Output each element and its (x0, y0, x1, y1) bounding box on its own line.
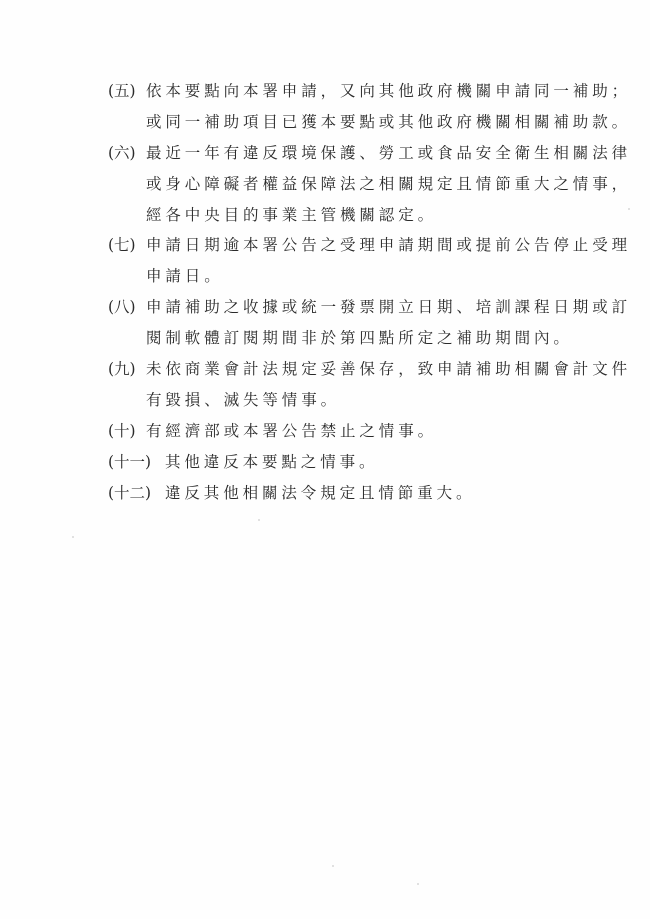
item-marker: (六) (108, 138, 146, 169)
document-page: (五)依本要點向本署申請，又向其他政府機關申請同一補助； 或同一補助項目已獲本要… (0, 0, 650, 919)
item-text: 依本要點向本署申請，又向其他政府機關申請同一補助； (146, 82, 631, 100)
item-marker: (十二) (108, 478, 165, 509)
list-item-5: (五)依本要點向本署申請，又向其他政府機關申請同一補助； 或同一補助項目已獲本要… (108, 76, 588, 138)
item-text: 或身心障礙者權益保障法之相關規定且情節重大之情事， (108, 169, 588, 200)
item-text: 有經濟部或本署公告禁止之情事。 (146, 422, 437, 440)
item-list: (五)依本要點向本署申請，又向其他政府機關申請同一補助； 或同一補助項目已獲本要… (108, 76, 588, 508)
item-text: 有毀損、滅失等情事。 (108, 385, 588, 416)
item-text: 違反其他相關法令規定且情節重大。 (165, 484, 475, 502)
item-marker: (十) (108, 416, 146, 447)
item-text: 其他違反本要點之情事。 (165, 453, 378, 471)
list-item-12: (十二)違反其他相關法令規定且情節重大。 (108, 478, 588, 509)
item-text: 經各中央目的事業主管機關認定。 (108, 200, 588, 231)
item-marker: (九) (108, 354, 146, 385)
scan-speck (628, 208, 630, 210)
scan-speck (258, 519, 260, 521)
list-item-7: (七)申請日期逾本署公告之受理申請期間或提前公告停止受理 申請日。 (108, 230, 588, 292)
item-text: 最近一年有違反環境保護、勞工或食品安全衛生相關法律 (146, 144, 631, 162)
item-text: 或同一補助項目已獲本要點或其他政府機關相關補助款。 (108, 107, 588, 138)
list-item-11: (十一)其他違反本要點之情事。 (108, 447, 588, 478)
item-marker: (八) (108, 292, 146, 323)
list-item-9: (九)未依商業會計法規定妥善保存，致申請補助相關會計文件 有毀損、滅失等情事。 (108, 354, 588, 416)
item-text: 申請日。 (108, 261, 588, 292)
item-text: 未依商業會計法規定妥善保存，致申請補助相關會計文件 (146, 360, 631, 378)
item-marker: (七) (108, 230, 146, 261)
item-text: 申請日期逾本署公告之受理申請期間或提前公告停止受理 (146, 236, 631, 254)
list-item-10: (十)有經濟部或本署公告禁止之情事。 (108, 416, 588, 447)
scan-speck (417, 883, 419, 885)
scan-speck (332, 865, 334, 867)
item-marker: (十一) (108, 447, 165, 478)
item-marker: (五) (108, 76, 146, 107)
item-text: 申請補助之收據或統一發票開立日期、培訓課程日期或訂 (146, 298, 631, 316)
scan-speck (72, 536, 74, 538)
list-item-6: (六)最近一年有違反環境保護、勞工或食品安全衛生相關法律 或身心障礙者權益保障法… (108, 138, 588, 231)
item-text: 閱制軟體訂閱期間非於第四點所定之補助期間內。 (108, 323, 588, 354)
list-item-8: (八)申請補助之收據或統一發票開立日期、培訓課程日期或訂 閱制軟體訂閱期間非於第… (108, 292, 588, 354)
